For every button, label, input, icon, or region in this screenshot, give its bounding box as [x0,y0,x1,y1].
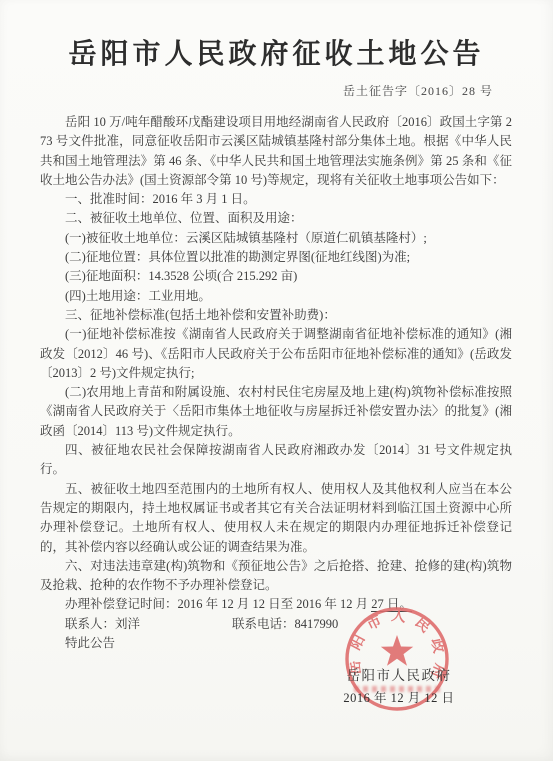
contact-phone: 联系电话：8417990 [232,617,338,631]
body-paragraph-item3-2: (二)农用地上青苗和附属设施、农村村民住宅房屋及地上建(构)筑物补偿标准按照《湖… [40,383,512,441]
body-paragraph-item6: 六、对违法违章建(构)筑物和《预征地公告》之后抢搭、抢建、抢修的建(构)筑物及抢… [40,557,512,596]
page-title: 岳阳市人民政府征收土地公告 [0,0,553,69]
body-paragraph-item5: 五、被征收土地四至范围内的土地所有权人、使用权人及其他权利人应当在本公告规定的期… [40,480,512,557]
body-paragraph-item2: 二、被征收土地单位、位置、面积及用途： [40,209,512,228]
seal-star-icon [381,635,413,666]
signature-block: 岳阳市人民政府 2016 年 12 月 12 日 [318,669,480,705]
body-paragraph-item1: 一、批准时间：2016 年 3 月 1 日。 [40,190,512,209]
body-paragraph-item2-1: (一)被征收土地单位：云溪区陆城镇基隆村（原道仁矶镇基隆村）; [40,229,512,248]
registration-time-text: 办理补偿登记时间：2016 年 12 月 12 日至 2016 年 12 月 [65,597,371,611]
body-paragraph-intro: 岳阳 10 万/吨年醋酸环戊酯建设项目用地经湖南省人民政府〔2016〕政国土字第… [40,113,512,190]
signature-date: 2016 年 12 月 12 日 [318,692,480,705]
body-paragraph-item2-2: (二)征地位置：具体位置以批准的勘测定界图(征地红线图)为准; [40,248,512,267]
signature-authority: 岳阳市人民政府 [318,669,480,683]
body-paragraph-item4: 四、被征地农民社会保障按湖南省人民政府湘政办发〔2014〕31 号文件规定执行。 [40,441,512,480]
doc-number: 岳土征告字〔2016〕28 号 [0,82,553,99]
body-paragraph-item2-3: (三)征地面积：14.3528 公顷(合 215.292 亩) [40,267,512,286]
document-body: 岳阳 10 万/吨年醋酸环戊酯建设项目用地经湖南省人民政府〔2016〕政国土字第… [40,113,512,653]
body-paragraph-item2-4: (四)土地用途：工业用地。 [40,287,512,306]
contact-person: 联系人：刘洋 [65,617,140,631]
body-paragraph-item3-1: (一)征地补偿标准按《湖南省人民政府关于调整湖南省征地补偿标准的通知》(湘政发〔… [40,325,512,383]
document-page: 岳阳市人民政府征收土地公告 岳土征告字〔2016〕28 号 岳阳 10 万/吨年… [0,0,553,761]
body-paragraph-item3: 三、征地补偿标准(包括土地补偿和安置补助费)： [40,306,512,325]
